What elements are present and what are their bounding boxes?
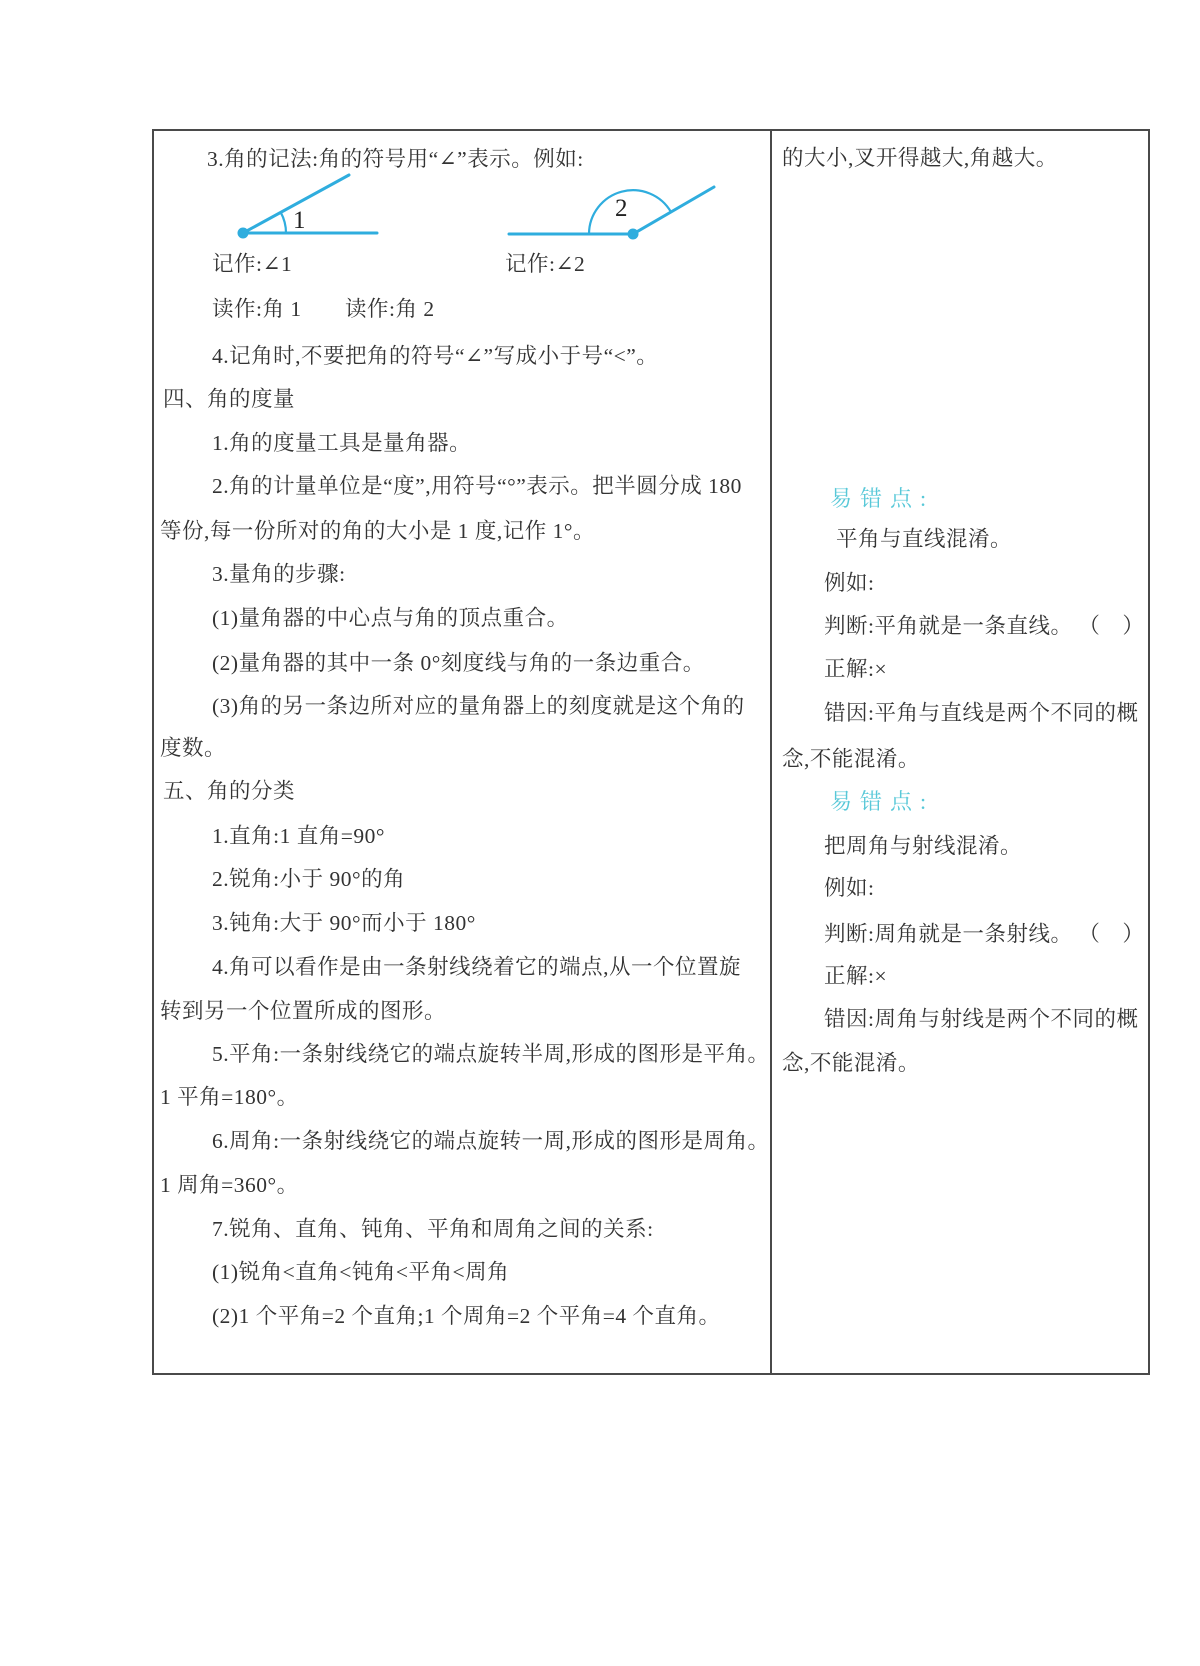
text-line: 5.平角:一条射线绕它的端点旋转半周,形成的图形是平角。: [212, 1041, 769, 1068]
error-prone-badge: 易错点:: [830, 788, 934, 816]
text-line: 记作:∠2: [505, 251, 585, 278]
error-prone-badge: 易错点:: [830, 485, 934, 513]
text-line: 等份,每一份所对的角的大小是 1 度,记作 1°。: [160, 518, 595, 545]
text-line: (3)角的另一条边所对应的量角器上的刻度就是这个角的: [212, 693, 745, 720]
note-line: 的大小,叉开得越大,角越大。: [782, 145, 1058, 172]
text-line: 7.锐角、直角、钝角、平角和周角之间的关系:: [212, 1216, 654, 1243]
text-line: (1)量角器的中心点与角的顶点重合。: [212, 605, 569, 632]
note-line: 判断:平角就是一条直线。 （ ）: [824, 613, 1144, 640]
note-line: 错因:周角与射线是两个不同的概: [824, 1006, 1138, 1033]
note-line: 例如:: [824, 570, 874, 597]
page: { "page": { "background": "#ffffff" }, "…: [0, 0, 1200, 1666]
text-line: 1 周角=360°。: [160, 1172, 299, 1199]
text-line: 度数。: [160, 735, 226, 762]
text-line: 读作:角 1: [212, 296, 302, 323]
note-line: 念,不能混淆。: [782, 1050, 920, 1077]
text-line: 转到另一个位置所成的图形。: [160, 998, 446, 1025]
text-line: (1)锐角<直角<钝角<平角<周角: [212, 1259, 509, 1286]
note-line: 念,不能混淆。: [782, 746, 920, 773]
text-line: 6.周角:一条射线绕它的端点旋转一周,形成的图形是周角。: [212, 1128, 769, 1155]
text-line: 1.角的度量工具是量角器。: [212, 430, 471, 457]
note-line: 正解:×: [824, 656, 887, 683]
note-line: 平角与直线混淆。: [836, 526, 1012, 553]
section-heading: 四、角的度量: [163, 386, 295, 413]
text-line: 3.钝角:大于 90°而小于 180°: [212, 910, 476, 937]
note-line: 判断:周角就是一条射线。 （ ）: [824, 921, 1144, 948]
note-line: 例如:: [824, 875, 874, 902]
text-line: 记作:∠1: [212, 251, 292, 278]
text-line: 2.锐角:小于 90°的角: [212, 866, 405, 893]
text-line: 3.角的记法:角的符号用“∠”表示。例如:: [207, 146, 584, 173]
text-line: 4.角可以看作是由一条射线绕着它的端点,从一个位置旋: [212, 954, 741, 981]
text-line: 2.角的计量单位是“度”,用符号“°”表示。把半圆分成 180: [212, 473, 742, 500]
text-line: 读作:角 2: [345, 296, 435, 323]
text-line: 4.记角时,不要把角的符号“∠”写成小于号“<”。: [212, 343, 658, 370]
text-line: 3.量角的步骤:: [212, 561, 346, 588]
column-divider: [770, 131, 772, 1373]
notes-table: [152, 129, 1150, 1375]
note-line: 正解:×: [824, 963, 887, 990]
text-line: 1 平角=180°。: [160, 1084, 299, 1111]
text-line: 1.直角:1 直角=90°: [212, 823, 385, 850]
text-line: (2)1 个平角=2 个直角;1 个周角=2 个平角=4 个直角。: [212, 1303, 721, 1330]
note-line: 错因:平角与直线是两个不同的概: [824, 700, 1138, 727]
section-heading: 五、角的分类: [163, 778, 295, 805]
text-line: (2)量角器的其中一条 0°刻度线与角的一条边重合。: [212, 650, 705, 677]
note-line: 把周角与射线混淆。: [824, 833, 1022, 860]
